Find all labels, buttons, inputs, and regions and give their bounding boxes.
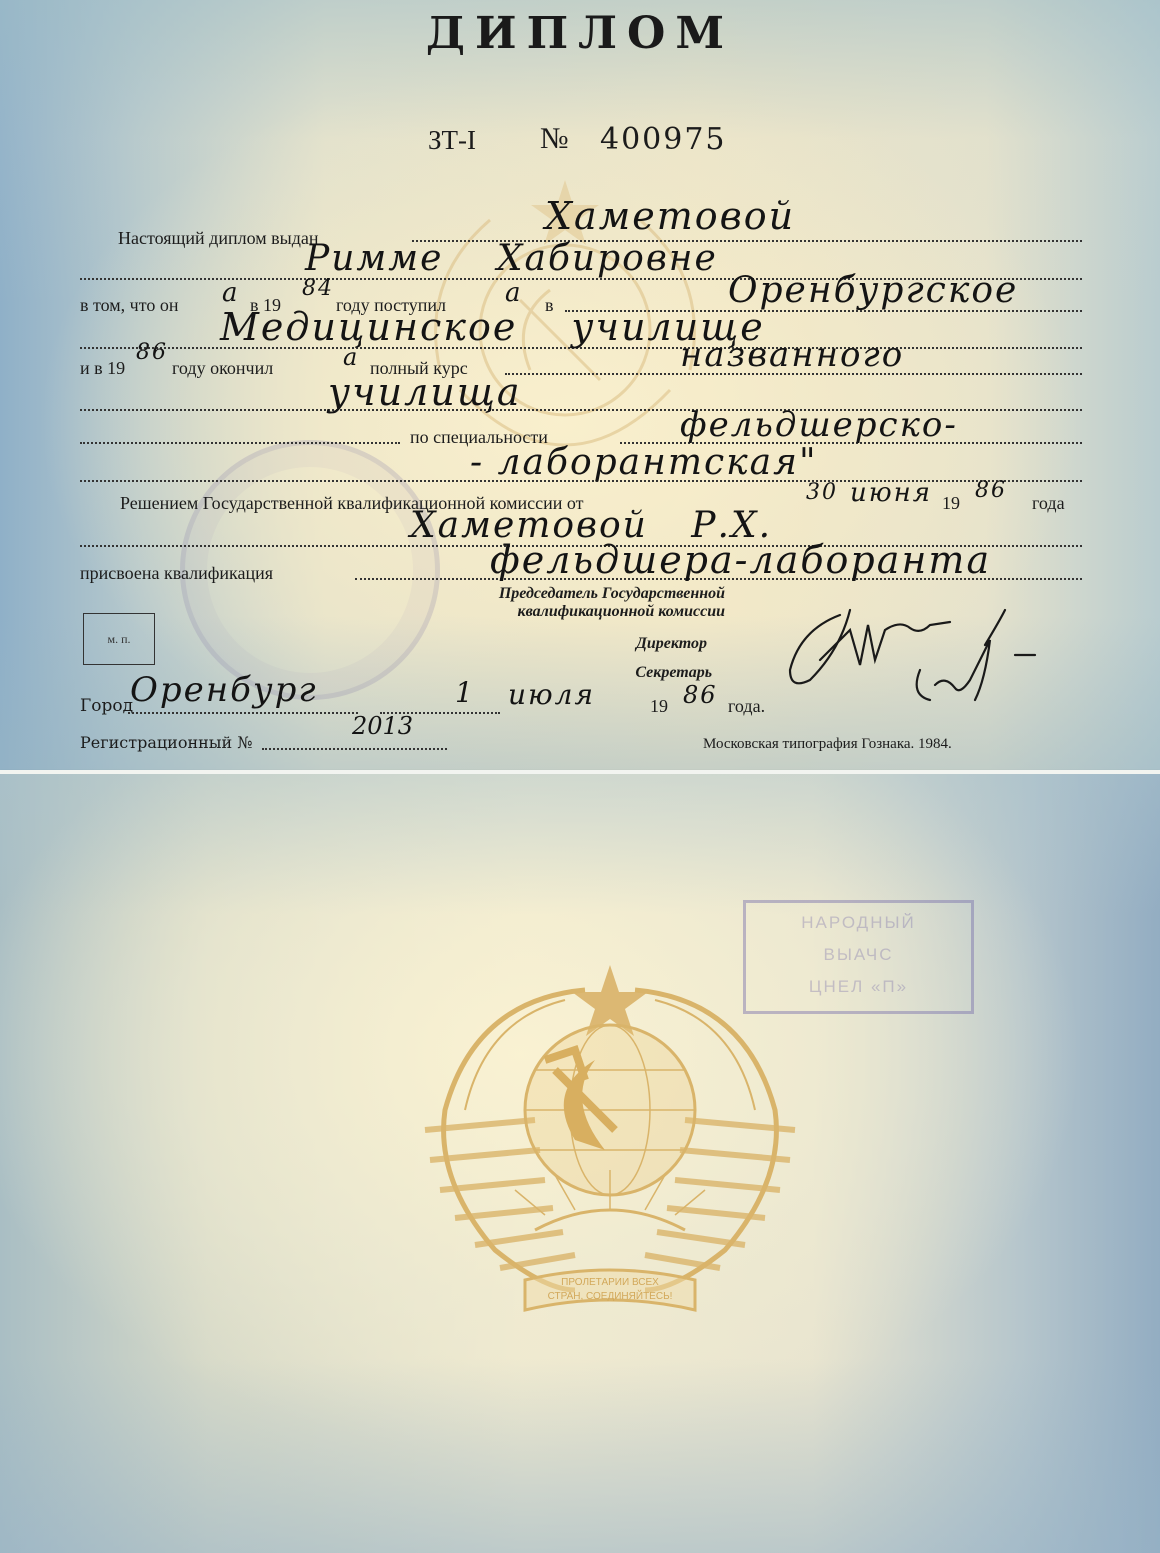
graduated-mid: году окончил	[172, 358, 273, 379]
number-sign: №	[540, 122, 569, 156]
year-suffix: года	[1032, 493, 1065, 514]
registration-number-handwritten: 2013	[352, 712, 413, 740]
ussr-coat-of-arms-icon: ПРОЛЕТАРИИ ВСЕХ СТРАН, СОЕДИНЯЙТЕСЬ!	[405, 960, 815, 1340]
issue-day-handwritten: 1	[455, 676, 475, 709]
year-prefix: 19	[650, 696, 668, 717]
chairman-label: Председатель Государственной	[355, 585, 725, 603]
director-label: Директор	[355, 635, 707, 653]
decision-year-handwritten: 86	[975, 478, 1007, 503]
decision-month-handwritten: июня	[850, 478, 932, 508]
stamp-line: НАРОДНЫЙ	[746, 913, 971, 933]
printer-imprint: Московская типография Гознака. 1984.	[703, 736, 952, 753]
year-graduated-handwritten: 86	[136, 340, 168, 365]
emblem-motto: ПРОЛЕТАРИИ ВСЕХ	[561, 1277, 659, 1288]
qualification-handwritten: фельдшера-лаборанта	[490, 538, 991, 582]
city-handwritten: Оренбург	[130, 670, 318, 710]
decision-day-handwritten: 30	[806, 480, 838, 505]
year-enrolled-handwritten: 84	[302, 276, 334, 301]
dotted-line	[80, 442, 400, 444]
emblem-motto: СТРАН, СОЕДИНЯЙТЕСЬ!	[548, 1289, 673, 1302]
diploma-back-page: НАРОДНЫЙ ВЫАЧС ЦНЕЛ «П»	[0, 774, 1160, 1553]
seal-place-label: м. п.	[107, 632, 130, 647]
year-prefix: 19	[942, 493, 960, 514]
issue-year-handwritten: 86	[683, 681, 718, 709]
enrolled-prefix: в том, что он	[80, 295, 179, 316]
gender-suffix: а	[343, 343, 359, 371]
institution-handwritten: Оренбургское	[728, 270, 1018, 311]
graduated-prefix: и в 19	[80, 358, 125, 379]
issued-to-label: Настоящий диплом выдан	[118, 228, 319, 249]
gender-suffix: а	[222, 278, 240, 308]
name-patronymic-handwritten: Римме Хабировне	[305, 238, 718, 279]
gender-suffix: а	[505, 278, 523, 308]
chairman-label: квалификационной комиссии	[355, 603, 725, 621]
city-label: Город	[80, 696, 133, 716]
dotted-line	[128, 712, 358, 714]
issue-month-handwritten: июля	[508, 678, 595, 711]
diploma-series: ЗТ-I	[428, 125, 476, 156]
registration-label: Регистрационный №	[80, 733, 252, 752]
diploma-front-page: ДИПЛОМ ЗТ-I № 400975 Настоящий диплом вы…	[0, 0, 1160, 770]
surname-handwritten: Хаметовой	[545, 194, 795, 238]
year-suffix: года.	[728, 696, 765, 717]
seal-place-box: м. п.	[83, 613, 155, 665]
specialty-handwritten: - лаборантская"	[470, 442, 818, 483]
course-handwritten: названного	[680, 335, 904, 375]
document-title: ДИПЛОМ	[0, 8, 1160, 59]
qualification-label: присвоена квалификация	[80, 563, 273, 584]
diploma-number: 400975	[600, 122, 727, 157]
dotted-line	[262, 748, 447, 750]
signature-icon	[780, 600, 1080, 710]
course-handwritten: училища	[328, 370, 522, 414]
specialty-handwritten: фельдшерско-	[680, 405, 958, 445]
